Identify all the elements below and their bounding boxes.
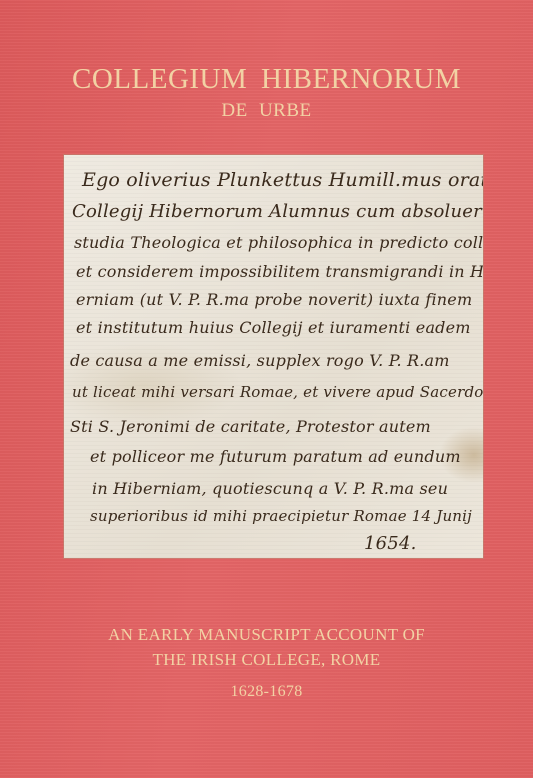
manuscript-image: Ego oliverius Plunkettus Humill.mus orat… bbox=[64, 155, 483, 558]
cover-description-line-2: THE IRISH COLLEGE, ROME bbox=[0, 650, 533, 670]
book-cover: COLLEGIUM HIBERNORUM DE URBE Ego oliveri… bbox=[0, 0, 533, 778]
manuscript-line: de causa a me emissi, supplex rogo V. P.… bbox=[70, 351, 450, 370]
cover-description-line-1: AN EARLY MANUSCRIPT ACCOUNT OF bbox=[0, 625, 533, 645]
manuscript-line: Sti S. Jeronimi de caritate, Protestor a… bbox=[70, 417, 431, 436]
cover-title: COLLEGIUM HIBERNORUM bbox=[0, 62, 533, 96]
manuscript-line: et polliceor me futurum paratum ad eundu… bbox=[90, 447, 461, 466]
manuscript-line: Ego oliverius Plunkettus Humill.mus orat… bbox=[82, 169, 483, 191]
manuscript-line: ut liceat mihi versari Romae, et vivere … bbox=[72, 383, 483, 401]
manuscript-line: Collegij Hibernorum Alumnus cum absoluer… bbox=[72, 201, 483, 222]
manuscript-line: et considerem impossibilitem transmigran… bbox=[76, 262, 483, 281]
manuscript-line: in Hiberniam, quotiescunq a V. P. R.ma s… bbox=[92, 479, 448, 498]
cover-date-range: 1628-1678 bbox=[0, 683, 533, 701]
manuscript-line: superioribus id mihi praecipietur Romae … bbox=[90, 507, 472, 525]
cover-subtitle: DE URBE bbox=[0, 100, 533, 122]
manuscript-date: 1654. bbox=[364, 533, 417, 554]
manuscript-line: et institutum huius Collegij et iurament… bbox=[76, 318, 471, 337]
manuscript-line: studia Theologica et philosophica in pre… bbox=[74, 233, 483, 252]
manuscript-line: erniam (ut V. P. R.ma probe noverit) iux… bbox=[76, 290, 472, 309]
